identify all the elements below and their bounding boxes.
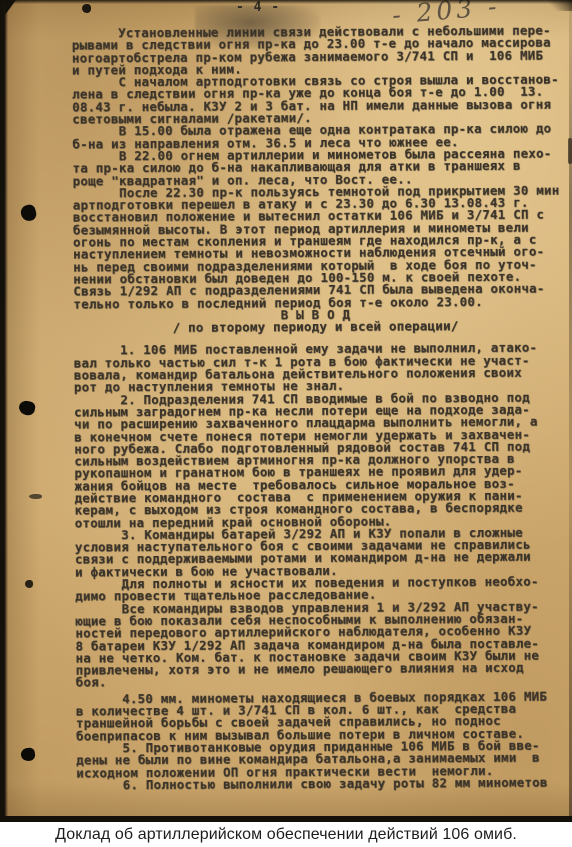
document-text: Установленные линии связи действовали с …: [72, 25, 561, 792]
scan-edge-mark: [568, 138, 572, 164]
document-line: 6. Полностью выполнили свою задачу роты …: [76, 776, 560, 791]
caption-text: Доклад об артиллерийском обеспечении дей…: [55, 826, 517, 844]
caption-bar: Доклад об артиллерийском обеспечении дей…: [0, 822, 572, 847]
document-line: привлечены, хотя это и не имело решающег…: [76, 662, 560, 677]
ink-blot: [82, 4, 91, 13]
ink-blot: [18, 399, 37, 416]
scan-edge-top: [0, 0, 572, 4]
ink-blot: [25, 580, 33, 588]
ink-blot: [29, 494, 42, 499]
scan-edge-left: [0, 0, 8, 822]
scan-corner-top-right: [544, 0, 572, 11]
screenshot-root: - 4 - - 203 - Установленные линии связи …: [0, 0, 572, 847]
ink-blot: [19, 203, 38, 222]
scanned-document-page: - 4 - - 203 - Установленные линии связи …: [0, 0, 572, 822]
scan-corner-top-left: [5, 0, 16, 15]
ink-blot: [20, 747, 36, 762]
document-line: / по второму периоду и всей операции/: [73, 320, 557, 335]
